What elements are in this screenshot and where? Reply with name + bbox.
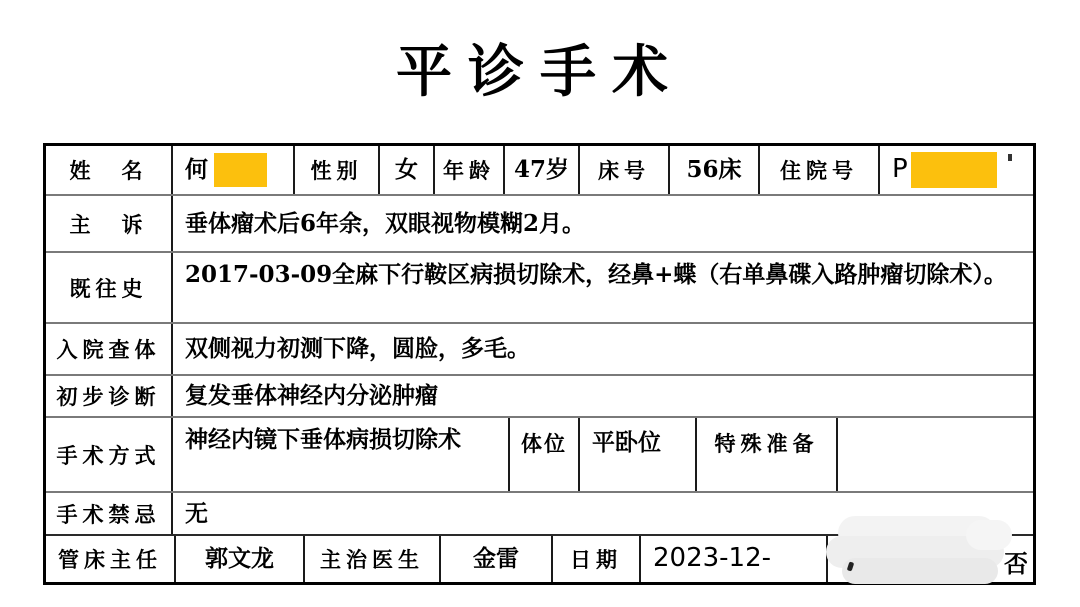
stray-ink-mark xyxy=(1008,154,1012,161)
name-label: 姓 名 xyxy=(46,146,171,194)
admission-exam-label: 入院查体 xyxy=(46,324,171,374)
past-history-value: 2017-03-09全麻下行鞍区病损切除术，经鼻+蝶（右单鼻碟入路肿瘤切除术）。 xyxy=(171,253,1033,322)
admission-number-value: P xyxy=(892,151,908,189)
surgery-form-page: 平诊手术 姓 名 何 性别 女 年龄 47岁 床号 56床 住院号 P 主 诉 xyxy=(0,0,1080,607)
name-redaction-box xyxy=(214,153,267,187)
chief-complaint-value: 垂体瘤术后6年余，双眼视物模糊2月。 xyxy=(171,196,1033,251)
attending-doctor-label: 主治医生 xyxy=(303,536,439,582)
chief-complaint-row: 主 诉 垂体瘤术后6年余，双眼视物模糊2月。 xyxy=(46,194,1033,251)
preliminary-diagnosis-value: 复发垂体神经内分泌肿瘤 xyxy=(171,376,1033,416)
contraindication-row: 手术禁忌 无 xyxy=(46,491,1033,534)
contraindication-label: 手术禁忌 xyxy=(46,493,171,534)
admission-redaction-box xyxy=(911,152,997,188)
admission-number-cell: P xyxy=(878,146,1033,194)
surgery-method-value: 神经内镜下垂体病损切除术 xyxy=(171,418,508,491)
date-label: 日期 xyxy=(551,536,639,582)
sex-value: 女 xyxy=(378,146,433,194)
age-value: 47岁 xyxy=(503,146,578,194)
preliminary-diagnosis-label: 初步诊断 xyxy=(46,376,171,416)
redacted-signature-cell xyxy=(826,536,1033,582)
surgery-info-table: 姓 名 何 性别 女 年龄 47岁 床号 56床 住院号 P 主 诉 垂体瘤术后… xyxy=(43,143,1036,585)
contraindication-value: 无 xyxy=(171,493,1033,534)
attending-doctor-value: 金雷 xyxy=(439,536,551,582)
ward-director-label: 管床主任 xyxy=(46,536,174,582)
position-label: 体位 xyxy=(508,418,578,491)
surgery-method-label: 手术方式 xyxy=(46,418,171,491)
page-title: 平诊手术 xyxy=(0,28,1080,108)
admission-exam-value: 双侧视力初测下降，圆脸，多毛。 xyxy=(171,324,1033,374)
date-value-cell: 2023-12- xyxy=(639,536,826,582)
preliminary-diagnosis-row: 初步诊断 复发垂体神经内分泌肿瘤 xyxy=(46,374,1033,416)
name-value: 何 xyxy=(185,153,208,186)
bed-value: 56床 xyxy=(668,146,758,194)
special-prep-value xyxy=(836,418,1033,491)
past-history-row: 既往史 2017-03-09全麻下行鞍区病损切除术，经鼻+蝶（右单鼻碟入路肿瘤切… xyxy=(46,251,1033,322)
admission-exam-row: 入院查体 双侧视力初测下降，圆脸，多毛。 xyxy=(46,322,1033,374)
surgery-method-row: 手术方式 神经内镜下垂体病损切除术 体位 平卧位 特殊准备 xyxy=(46,416,1033,491)
age-label: 年龄 xyxy=(433,146,503,194)
position-value: 平卧位 xyxy=(578,418,695,491)
sex-label: 性别 xyxy=(293,146,378,194)
past-history-label: 既往史 xyxy=(46,253,171,322)
special-prep-label: 特殊准备 xyxy=(695,418,836,491)
bed-label: 床号 xyxy=(578,146,668,194)
patient-row: 姓 名 何 性别 女 年龄 47岁 床号 56床 住院号 P xyxy=(46,146,1033,194)
chief-complaint-label: 主 诉 xyxy=(46,196,171,251)
signatures-row: 管床主任 郭文龙 主治医生 金雷 日期 2023-12- xyxy=(46,534,1033,582)
name-value-cell: 何 xyxy=(171,146,293,194)
admission-number-label: 住院号 xyxy=(758,146,878,194)
ward-director-value: 郭文龙 xyxy=(174,536,303,582)
date-value: 2023-12- xyxy=(653,540,771,578)
